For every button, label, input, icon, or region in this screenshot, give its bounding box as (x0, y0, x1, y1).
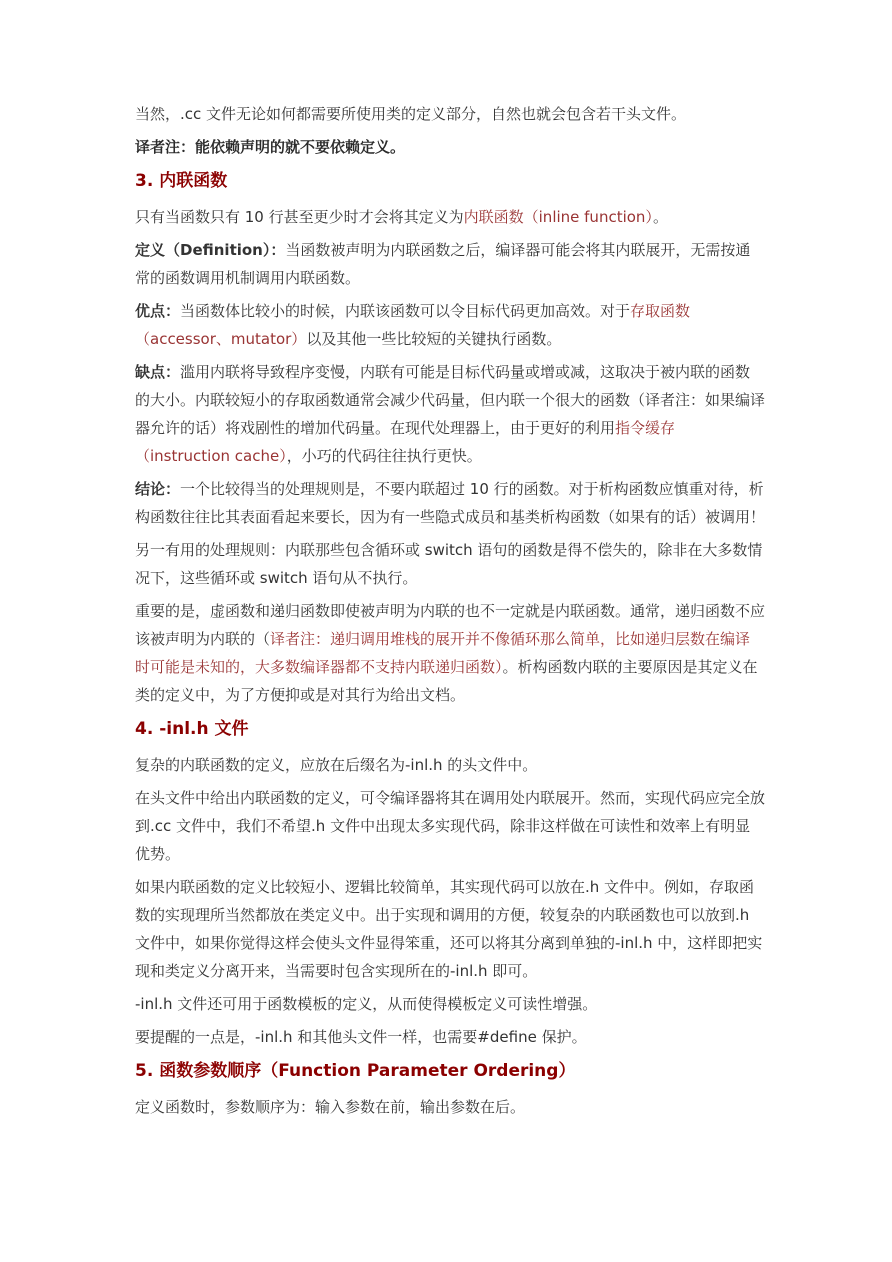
paragraph-text: -inl.h 文件还可用于函数模板的定义，从而使得模板定义可读性增强。 (135, 995, 597, 1013)
paragraph-text: 一个比较得当的处理规则是，不要内联超过 10 行的函数。对于析构函数应慎重对待，… (135, 480, 765, 526)
label-conclusion: 结论： (135, 480, 180, 498)
paragraph-text: 定义函数时，参数顺序为：输入参数在前，输出参数在后。 (135, 1098, 525, 1116)
paragraph-text: 当函数体比较小的时候，内联该函数可以令目标代码更加高效。对于 (180, 302, 630, 320)
paragraph-text: 如果内联函数的定义比较短小、逻辑比较简单，其实现代码可以放在.h 文件中。例如，… (135, 878, 762, 980)
paragraph-complex-inline-defs: 复杂的内联函数的定义，应放在后缀名为-inl.h 的头文件中。 (135, 751, 765, 779)
paragraph-text: 译者注：能依赖声明的就不要依赖定义。 (135, 138, 405, 156)
label-cons: 缺点： (135, 363, 180, 381)
section-4-heading-inl-h-file: 4. -inl.h 文件 (135, 714, 765, 744)
paragraph-cons: 缺点：滥用内联将导致程序变慢，内联有可能是目标代码量或增或减，这取决于被内联的函… (135, 358, 765, 470)
paragraph-text: 要提醒的一点是，-inl.h 和其他头文件一样，也需要#define 保护。 (135, 1028, 587, 1046)
paragraph-text: 当然，.cc 文件无论如何都需要所使用类的定义部分，自然也就会包含若干头文件。 (135, 105, 686, 123)
link-inline-function[interactable]: 内联函数（inline function） (464, 208, 653, 226)
paragraph-switch-rule: 另一有用的处理规则：内联那些包含循环或 switch 语句的函数是得不偿失的，除… (135, 536, 765, 592)
paragraph-virtual-recursive: 重要的是，虚函数和递归函数即使被声明为内联的也不一定就是内联函数。通常，递归函数… (135, 597, 765, 709)
document-content: 当然，.cc 文件无论如何都需要所使用类的定义部分，自然也就会包含若干头文件。 … (0, 0, 892, 1166)
paragraph-inline-10-lines: 只有当函数只有 10 行甚至更少时才会将其定义为内联函数（inline func… (135, 203, 765, 231)
paragraph-inl-h-templates: -inl.h 文件还可用于函数模板的定义，从而使得模板定义可读性增强。 (135, 990, 765, 1018)
label-definition: 定义（Definition）： (135, 241, 285, 259)
heading-text: 3. 内联函数 (135, 171, 227, 191)
paragraph-text: 在头文件中给出内联函数的定义，可令编译器将其在调用处内联展开。然而，实现代码应完… (135, 789, 765, 863)
paragraph-text: 复杂的内联函数的定义，应放在后缀名为-inl.h 的头文件中。 (135, 756, 537, 774)
label-pros: 优点： (135, 302, 180, 320)
translator-note-declaration: 译者注：能依赖声明的就不要依赖定义。 (135, 133, 765, 161)
paragraph-text: 另一有用的处理规则：内联那些包含循环或 switch 语句的函数是得不偿失的，除… (135, 541, 762, 587)
paragraph-pros: 优点：当函数体比较小的时候，内联该函数可以令目标代码更加高效。对于存取函数（ac… (135, 297, 765, 353)
paragraph-cc-needs-definitions: 当然，.cc 文件无论如何都需要所使用类的定义部分，自然也就会包含若干头文件。 (135, 100, 765, 128)
paragraph-parameter-order: 定义函数时，参数顺序为：输入参数在前，输出参数在后。 (135, 1093, 765, 1121)
paragraph-text: ，小巧的代码往往执行更快。 (287, 447, 482, 465)
paragraph-text: 。 (653, 208, 668, 226)
paragraph-define-guard: 要提醒的一点是，-inl.h 和其他头文件一样，也需要#define 保护。 (135, 1023, 765, 1051)
paragraph-conclusion: 结论：一个比较得当的处理规则是，不要内联超过 10 行的函数。对于析构函数应慎重… (135, 475, 765, 531)
heading-text: 4. -inl.h 文件 (135, 719, 249, 739)
paragraph-header-file-defs: 在头文件中给出内联函数的定义，可令编译器将其在调用处内联展开。然而，实现代码应完… (135, 784, 765, 868)
paragraph-text: 只有当函数只有 10 行甚至更少时才会将其定义为 (135, 208, 464, 226)
paragraph-text: 以及其他一些比较短的关键执行函数。 (306, 330, 561, 348)
heading-text: 5. 函数参数顺序（Function Parameter Ordering） (135, 1061, 575, 1081)
section-3-heading-inline-functions: 3. 内联函数 (135, 166, 765, 196)
document-page: 当然，.cc 文件无论如何都需要所使用类的定义部分，自然也就会包含若干头文件。 … (0, 0, 892, 1262)
section-5-heading-parameter-ordering: 5. 函数参数顺序（Function Parameter Ordering） (135, 1056, 765, 1086)
paragraph-short-inline-in-h: 如果内联函数的定义比较短小、逻辑比较简单，其实现代码可以放在.h 文件中。例如，… (135, 873, 765, 985)
paragraph-definition: 定义（Definition）：当函数被声明为内联函数之后，编译器可能会将其内联展… (135, 236, 765, 292)
